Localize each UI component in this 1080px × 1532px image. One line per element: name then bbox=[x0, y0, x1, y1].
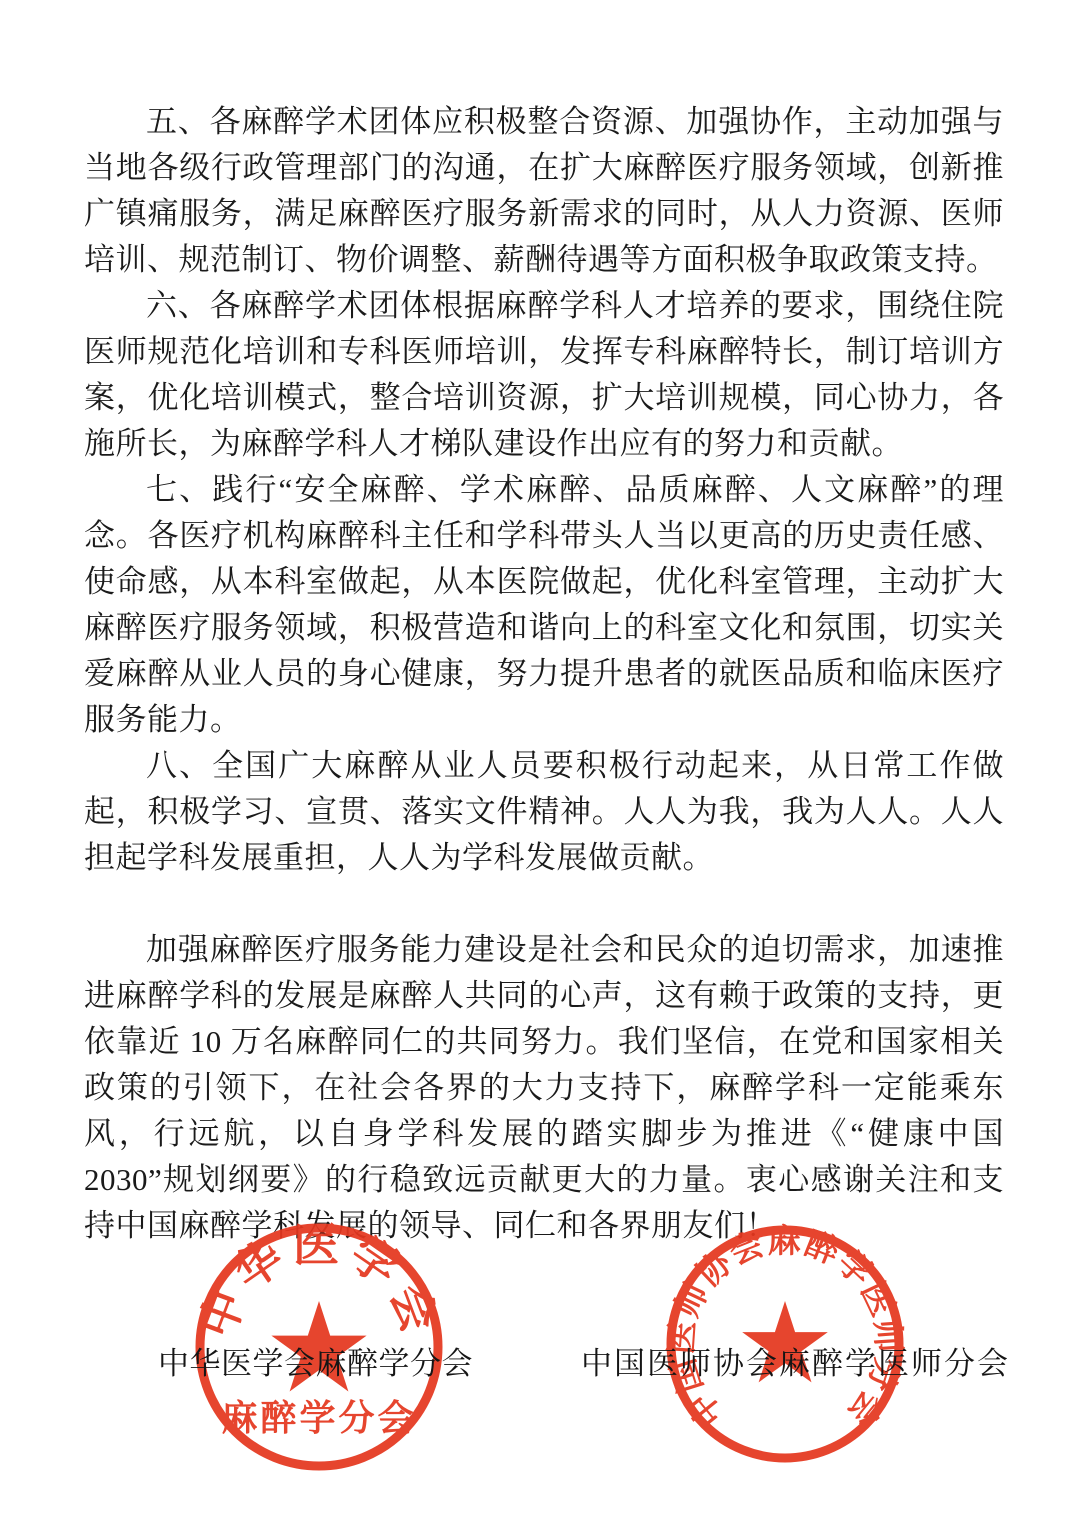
seal-bottom-text: 麻醉学分会 bbox=[221, 1398, 416, 1438]
paragraph-item-8: 八、全国广大麻醉从业人员要积极行动起来，从日常工作做起，积极学习、宣贯、落实文件… bbox=[84, 743, 1004, 881]
document-page: 五、各麻醉学术团体应积极整合资源、加强协作，主动加强与当地各级行政管理部门的沟通… bbox=[0, 0, 1080, 1532]
signature-area: 中华医学会 麻醉学分会 中国医师协会麻醉学医师分会 中华医学会麻醉学分会 中国医… bbox=[0, 1200, 1080, 1532]
paragraph-item-6: 六、各麻醉学术团体根据麻醉学科人才培养的要求，围绕住院医师规范化培训和专科医师培… bbox=[84, 283, 1004, 467]
signature-name-cmda: 中国医师协会麻醉学医师分会 bbox=[581, 1338, 1010, 1383]
paragraph-item-5: 五、各麻醉学术团体应积极整合资源、加强协作，主动加强与当地各级行政管理部门的沟通… bbox=[84, 99, 1004, 283]
paragraph-item-7: 七、践行“安全麻醉、学术麻醉、品质麻醉、人文麻醉”的理念。各医疗机构麻醉科主任和… bbox=[84, 467, 1004, 743]
document-body: 五、各麻醉学术团体应积极整合资源、加强协作，主动加强与当地各级行政管理部门的沟通… bbox=[84, 99, 1004, 1249]
signature-name-cma: 中华医学会麻醉学分会 bbox=[158, 1338, 473, 1383]
